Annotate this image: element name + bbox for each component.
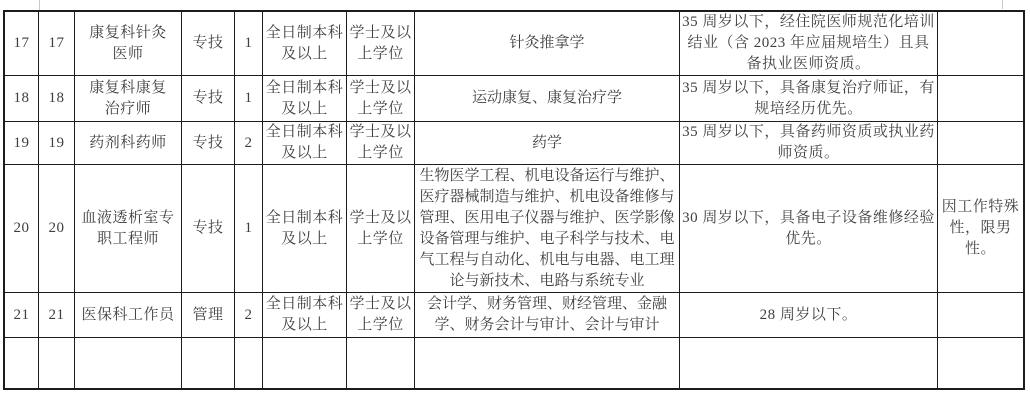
cell-requirements: 28 周岁以下。 bbox=[680, 293, 938, 337]
cell-notes bbox=[938, 338, 1023, 388]
cell-degree: 学士及以上学位 bbox=[347, 293, 415, 337]
gridline-remnant-left bbox=[39, 0, 40, 10]
cell-code: 20 bbox=[39, 165, 75, 292]
cell-position: 血液透析室专 职工程师 bbox=[75, 165, 182, 292]
cell-major: 会计学、财务管理、财经管理、金融学、财务会计与审计、会计与审计 bbox=[415, 293, 680, 337]
cell-major: 运动康复、康复治疗学 bbox=[415, 76, 680, 121]
cell-category bbox=[182, 338, 235, 388]
cell-code: 17 bbox=[39, 12, 75, 75]
cell-code: 21 bbox=[39, 293, 75, 337]
cell-requirements: 35 周岁以下，经住院医师规范化培训结业（含 2023 年应届规培生）且具备执业… bbox=[680, 12, 938, 75]
cell-category: 专技 bbox=[182, 165, 235, 292]
cell-requirements: 35 周岁以下，具备药师资质或执业药师资质。 bbox=[680, 122, 938, 164]
cell-education: 全日制本科及以上 bbox=[263, 76, 347, 121]
cell-category: 专技 bbox=[182, 122, 235, 164]
cell-position: 康复科康复 治疗师 bbox=[75, 76, 182, 121]
cell-degree: 学士及以上学位 bbox=[347, 12, 415, 75]
cell-count: 1 bbox=[235, 12, 263, 75]
cell-major: 针灸推拿学 bbox=[415, 12, 680, 75]
cell-education: 全日制本科及以上 bbox=[263, 12, 347, 75]
cell-seq: 21 bbox=[5, 293, 39, 337]
cell-education: 全日制本科及以上 bbox=[263, 293, 347, 337]
cell-position bbox=[75, 338, 182, 388]
cell-notes bbox=[938, 293, 1023, 337]
cell-notes: 因工作特殊性，限男性。 bbox=[938, 165, 1023, 292]
cell-major: 生物医学工程、机电设备运行与维护、医疗器械制造与维护、机电设备维修与管理、医用电… bbox=[415, 165, 680, 292]
cell-degree: 学士及以上学位 bbox=[347, 122, 415, 164]
cell-position: 医保科工作员 bbox=[75, 293, 182, 337]
cell-count: 2 bbox=[235, 293, 263, 337]
table-row: 17 17 康复科针灸 医师 专技 1 全日制本科及以上 学士及以上学位 针灸推… bbox=[5, 12, 1023, 76]
cell-degree: 学士及以上学位 bbox=[347, 165, 415, 292]
cell-code: 19 bbox=[39, 122, 75, 164]
cell-major bbox=[415, 338, 680, 388]
cell-category: 管理 bbox=[182, 293, 235, 337]
cell-requirements bbox=[680, 338, 938, 388]
cell-count: 1 bbox=[235, 165, 263, 292]
cell-code: 18 bbox=[39, 76, 75, 121]
table-row: 20 20 血液透析室专 职工程师 专技 1 全日制本科及以上 学士及以上学位 … bbox=[5, 165, 1023, 293]
cell-requirements: 35 周岁以下，具备康复治疗师证，有规培经历优先。 bbox=[680, 76, 938, 121]
cell-notes bbox=[938, 122, 1023, 164]
cell-education: 全日制本科及以上 bbox=[263, 165, 347, 292]
cell-education bbox=[263, 338, 347, 388]
cell-count: 2 bbox=[235, 122, 263, 164]
gridline-remnant-right bbox=[1002, 0, 1003, 9]
table-row-empty bbox=[5, 338, 1023, 388]
recruitment-positions-table: 17 17 康复科针灸 医师 专技 1 全日制本科及以上 学士及以上学位 针灸推… bbox=[3, 10, 1025, 390]
cell-degree bbox=[347, 338, 415, 388]
cell-education: 全日制本科及以上 bbox=[263, 122, 347, 164]
cell-seq: 18 bbox=[5, 76, 39, 121]
cell-position: 药剂科药师 bbox=[75, 122, 182, 164]
cell-count bbox=[235, 338, 263, 388]
cell-notes bbox=[938, 12, 1023, 75]
cell-category: 专技 bbox=[182, 12, 235, 75]
cell-code bbox=[39, 338, 75, 388]
table-row: 19 19 药剂科药师 专技 2 全日制本科及以上 学士及以上学位 药学 35 … bbox=[5, 122, 1023, 165]
cell-notes bbox=[938, 76, 1023, 121]
table-row: 18 18 康复科康复 治疗师 专技 1 全日制本科及以上 学士及以上学位 运动… bbox=[5, 76, 1023, 122]
cell-seq bbox=[5, 338, 39, 388]
cell-position: 康复科针灸 医师 bbox=[75, 12, 182, 75]
cell-category: 专技 bbox=[182, 76, 235, 121]
cell-count: 1 bbox=[235, 76, 263, 121]
cell-seq: 17 bbox=[5, 12, 39, 75]
table-row: 21 21 医保科工作员 管理 2 全日制本科及以上 学士及以上学位 会计学、财… bbox=[5, 293, 1023, 338]
cell-seq: 20 bbox=[5, 165, 39, 292]
cell-degree: 学士及以上学位 bbox=[347, 76, 415, 121]
cell-major: 药学 bbox=[415, 122, 680, 164]
cell-seq: 19 bbox=[5, 122, 39, 164]
cell-requirements: 30 周岁以下，具备电子设备维修经验优先。 bbox=[680, 165, 938, 292]
